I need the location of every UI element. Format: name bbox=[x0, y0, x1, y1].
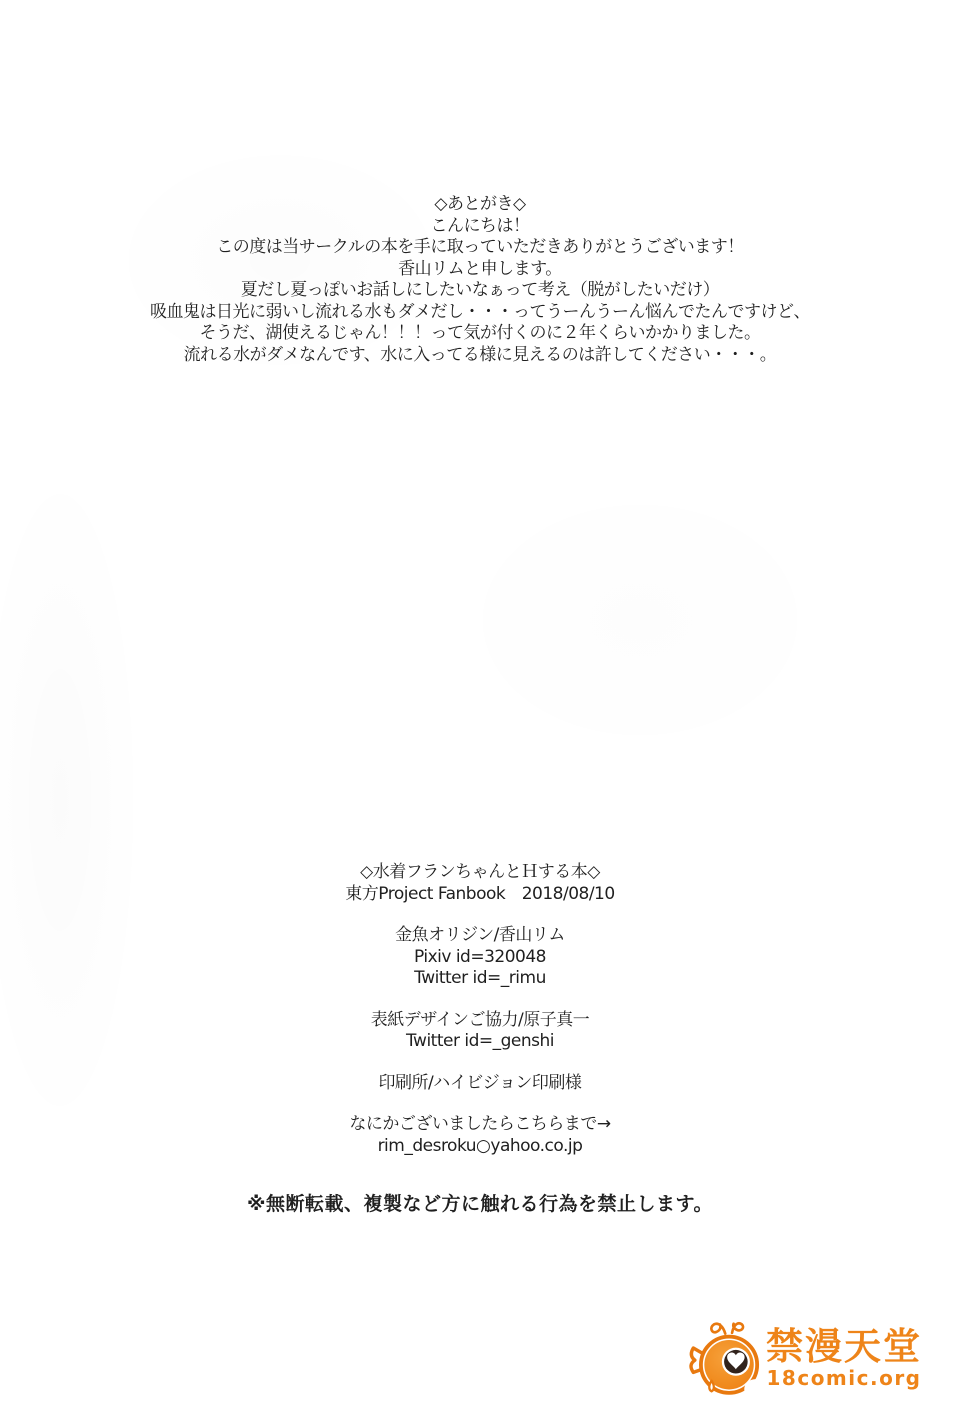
watermark-site-url: 18comic.org bbox=[766, 1366, 922, 1390]
site-watermark: 禁漫天堂 18comic.org bbox=[688, 1314, 954, 1402]
afterword-heading: ◇あとがき◇ bbox=[0, 194, 960, 216]
page: { "page": { "background": "#ffffff", "in… bbox=[0, 0, 960, 1405]
cover-design-group: 表紙デザインご協力/原子真一 Twitter id=_genshi bbox=[0, 1010, 960, 1053]
printer-group: 印刷所/ハイビジョン印刷様 bbox=[0, 1073, 960, 1095]
reproduction-notice: ※無断転載、複製など方に触れる行為を禁止します。 bbox=[0, 1189, 960, 1216]
watermark-text: 禁漫天堂 18comic.org bbox=[766, 1326, 922, 1390]
colophon-section: ◇水着フランちゃんとＨする本◇ 東方Project Fanbook 2018/0… bbox=[0, 862, 960, 1177]
afterword-line: 流れる水がダメなんです、水に入ってる様に見えるのは許してください・・・。 bbox=[0, 345, 960, 367]
cover-design-credit-line: 表紙デザインご協力/原子真一 bbox=[0, 1010, 960, 1032]
book-title: ◇水着フランちゃんとＨする本◇ bbox=[0, 862, 960, 884]
contact-group: なにかございましたらこちらまで→ rim_desroku○yahoo.co.jp bbox=[0, 1114, 960, 1157]
designer-twitter-line: Twitter id=_genshi bbox=[0, 1031, 960, 1053]
author-twitter-line: Twitter id=_rimu bbox=[0, 968, 960, 990]
fanbook-date-line: 東方Project Fanbook 2018/08/10 bbox=[0, 884, 960, 906]
afterword-line: 吸血鬼は日光に弱いし流れる水もダメだし・・・ってうーんうーん悩んでたんですけど、 bbox=[0, 302, 960, 324]
pixiv-id-line: Pixiv id=320048 bbox=[0, 947, 960, 969]
afterword-line: 香山リムと申します。 bbox=[0, 259, 960, 281]
contact-email-line: rim_desroku○yahoo.co.jp bbox=[0, 1136, 960, 1158]
contact-prompt-line: なにかございましたらこちらまで→ bbox=[0, 1114, 960, 1136]
afterword-line: 夏だし夏っぽいお話しにしたいなぁって考え（脱がしたいだけ） bbox=[0, 280, 960, 302]
goldfish-heart-mascot-icon bbox=[688, 1313, 764, 1403]
afterword-line: そうだ、湖使えるじゃん！！！って気が付くのに２年くらいかかりました。 bbox=[0, 323, 960, 345]
afterword-line: この度は当サークルの本を手に取っていただきありがとうございます！ bbox=[0, 237, 960, 259]
afterword-line: こんにちは！ bbox=[0, 216, 960, 238]
colophon-title-group: ◇水着フランちゃんとＨする本◇ 東方Project Fanbook 2018/0… bbox=[0, 862, 960, 905]
printer-credit-line: 印刷所/ハイビジョン印刷様 bbox=[0, 1073, 960, 1095]
afterword-section: ◇あとがき◇ こんにちは！ この度は当サークルの本を手に取っていただきありがとう… bbox=[0, 194, 960, 366]
author-group: 金魚オリジン/香山リム Pixiv id=320048 Twitter id=_… bbox=[0, 925, 960, 990]
watermark-site-name: 禁漫天堂 bbox=[766, 1326, 922, 1368]
circle-author-line: 金魚オリジン/香山リム bbox=[0, 925, 960, 947]
